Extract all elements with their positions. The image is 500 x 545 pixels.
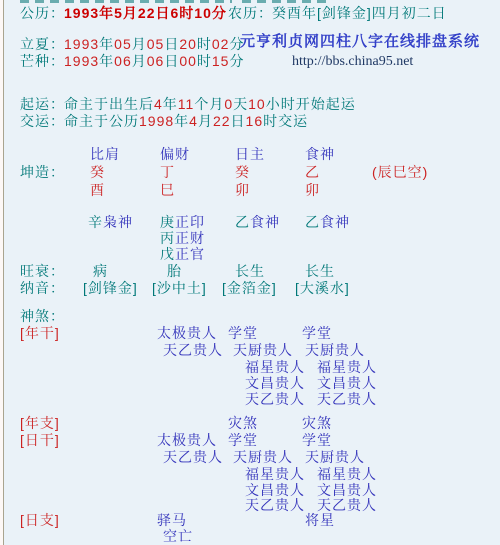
shensha-dayzhi-month-1: 空亡: [163, 529, 193, 544]
site-url: http://bbs.china95.net: [292, 54, 413, 69]
bazi-chart-page: 公历： 1993年5月22日6时10分 农历： 癸酉年[剑锋金]四月初二日 立夏…: [0, 0, 500, 545]
nayin-hour: [大溪水]: [295, 281, 350, 296]
qiyun-text: 命主于出生后4年11个月0天10小时开始起运: [64, 97, 356, 112]
nayin-day: [金箔金]: [222, 281, 277, 296]
shensha-daygan-hour-3: 文昌贵人: [317, 483, 377, 498]
shensha-dayzhi-hour-0: 将星: [305, 513, 335, 528]
qiyun-label: 起运：: [20, 97, 65, 112]
hidden-stem-year-0: 辛枭神: [88, 215, 133, 230]
shensha-yeargan-hour-4: 天乙贵人: [317, 392, 377, 407]
shensha-yearzhi-label: [年支]: [20, 416, 60, 431]
shensha-yeargan-hour-1: 天厨贵人: [305, 343, 365, 358]
page-left-rule: [3, 0, 4, 545]
wangshuai-day: 长生: [235, 264, 265, 279]
shensha-daygan-day-4: 天乙贵人: [245, 498, 305, 513]
shensha-label: 神煞：: [20, 309, 65, 324]
shensha-yeargan-day-3: 文昌贵人: [245, 376, 305, 391]
solar-date-value: 1993年5月22日6时10分: [64, 6, 227, 21]
nayin-month: [沙中土]: [152, 281, 207, 296]
pillar-god-year: 比肩: [90, 147, 120, 162]
shensha-daygan-month-0: 太极贵人: [157, 433, 217, 448]
pillar-god-hour: 食神: [305, 147, 335, 162]
site-title: 元亨利贞网四柱八字在线排盘系统: [240, 34, 480, 49]
shensha-daygan-label: [日干]: [20, 433, 60, 448]
hidden-stem-month-1: 丙正财: [160, 231, 205, 246]
shensha-daygan-month-1: 天乙贵人: [163, 450, 223, 465]
shensha-yeargan-hour-0: 学堂: [302, 326, 332, 341]
pillar-god-day: 日主: [235, 147, 265, 162]
shensha-yeargan-label: [年干]: [20, 326, 60, 341]
nayin-label: 纳音：: [20, 281, 65, 296]
shensha-yeargan-month-0: 太极贵人: [157, 326, 217, 341]
lixia-term-label: 立夏：: [20, 37, 65, 52]
shensha-daygan-hour-1: 天厨贵人: [305, 450, 365, 465]
shensha-yearzhi-day-0: 灾煞: [228, 416, 258, 431]
shensha-yeargan-day-1: 天厨贵人: [233, 343, 293, 358]
solar-date-label: 公历：: [20, 6, 65, 21]
lunar-date-label: 农历：: [228, 6, 273, 21]
shensha-yeargan-day-4: 天乙贵人: [245, 392, 305, 407]
pillar-stem-year: 癸: [90, 165, 105, 180]
pillar-stem-day: 癸: [235, 165, 250, 180]
pillar-stem-month: 丁: [160, 165, 175, 180]
pillar-branch-day: 卯: [235, 183, 250, 198]
shensha-daygan-day-3: 文昌贵人: [245, 483, 305, 498]
shensha-yeargan-hour-3: 文昌贵人: [317, 376, 377, 391]
pillar-branch-hour: 卯: [305, 183, 320, 198]
shensha-yearzhi-hour-0: 灾煞: [302, 416, 332, 431]
pillar-stem-hour: 乙: [305, 165, 320, 180]
pillar-branch-month: 巳: [160, 183, 175, 198]
hidden-stem-day-0: 乙食神: [235, 215, 280, 230]
shensha-yeargan-day-2: 福星贵人: [245, 360, 305, 375]
clipped-top-line-fragment: [20, 0, 232, 3]
shensha-yeargan-day-0: 学堂: [228, 326, 258, 341]
shensha-yeargan-month-1: 天乙贵人: [163, 343, 223, 358]
shensha-daygan-hour-0: 学堂: [302, 433, 332, 448]
hidden-stem-month-0: 庚正印: [160, 215, 205, 230]
wangshuai-label: 旺衰：: [20, 264, 65, 279]
clipped-top-line-fragment: [242, 0, 332, 3]
pillar-branch-year: 酉: [90, 183, 105, 198]
jiaoyun-text: 命主于公历1998年4月22日16时交运: [64, 114, 308, 129]
hidden-stem-month-2: 戊正官: [160, 247, 205, 262]
lixia-term-value: 1993年05月05日20时02分: [64, 37, 244, 52]
mangzhong-term-value: 1993年06月06日00时15分: [64, 54, 244, 69]
kunzao-label: 坤造：: [20, 165, 65, 180]
wangshuai-year: 病: [93, 264, 108, 279]
shensha-daygan-day-2: 福星贵人: [245, 467, 305, 482]
shensha-daygan-hour-2: 福星贵人: [317, 467, 377, 482]
lunar-date-value: 癸酉年[剑锋金]四月初二日: [272, 6, 447, 21]
shensha-daygan-day-0: 学堂: [228, 433, 258, 448]
jiaoyun-label: 交运：: [20, 114, 65, 129]
wangshuai-hour: 长生: [305, 264, 335, 279]
kongwang-note: (辰巳空): [372, 165, 428, 180]
wangshuai-month: 胎: [167, 264, 182, 279]
nayin-year: [剑锋金]: [83, 281, 138, 296]
shensha-dayzhi-label: [日支]: [20, 513, 60, 528]
shensha-daygan-hour-4: 天乙贵人: [317, 498, 377, 513]
shensha-dayzhi-month-0: 驿马: [157, 513, 187, 528]
pillar-god-month: 偏财: [160, 147, 190, 162]
shensha-yeargan-hour-2: 福星贵人: [317, 360, 377, 375]
shensha-daygan-day-1: 天厨贵人: [233, 450, 293, 465]
mangzhong-term-label: 芒种：: [20, 54, 65, 69]
hidden-stem-hour-0: 乙食神: [305, 215, 350, 230]
